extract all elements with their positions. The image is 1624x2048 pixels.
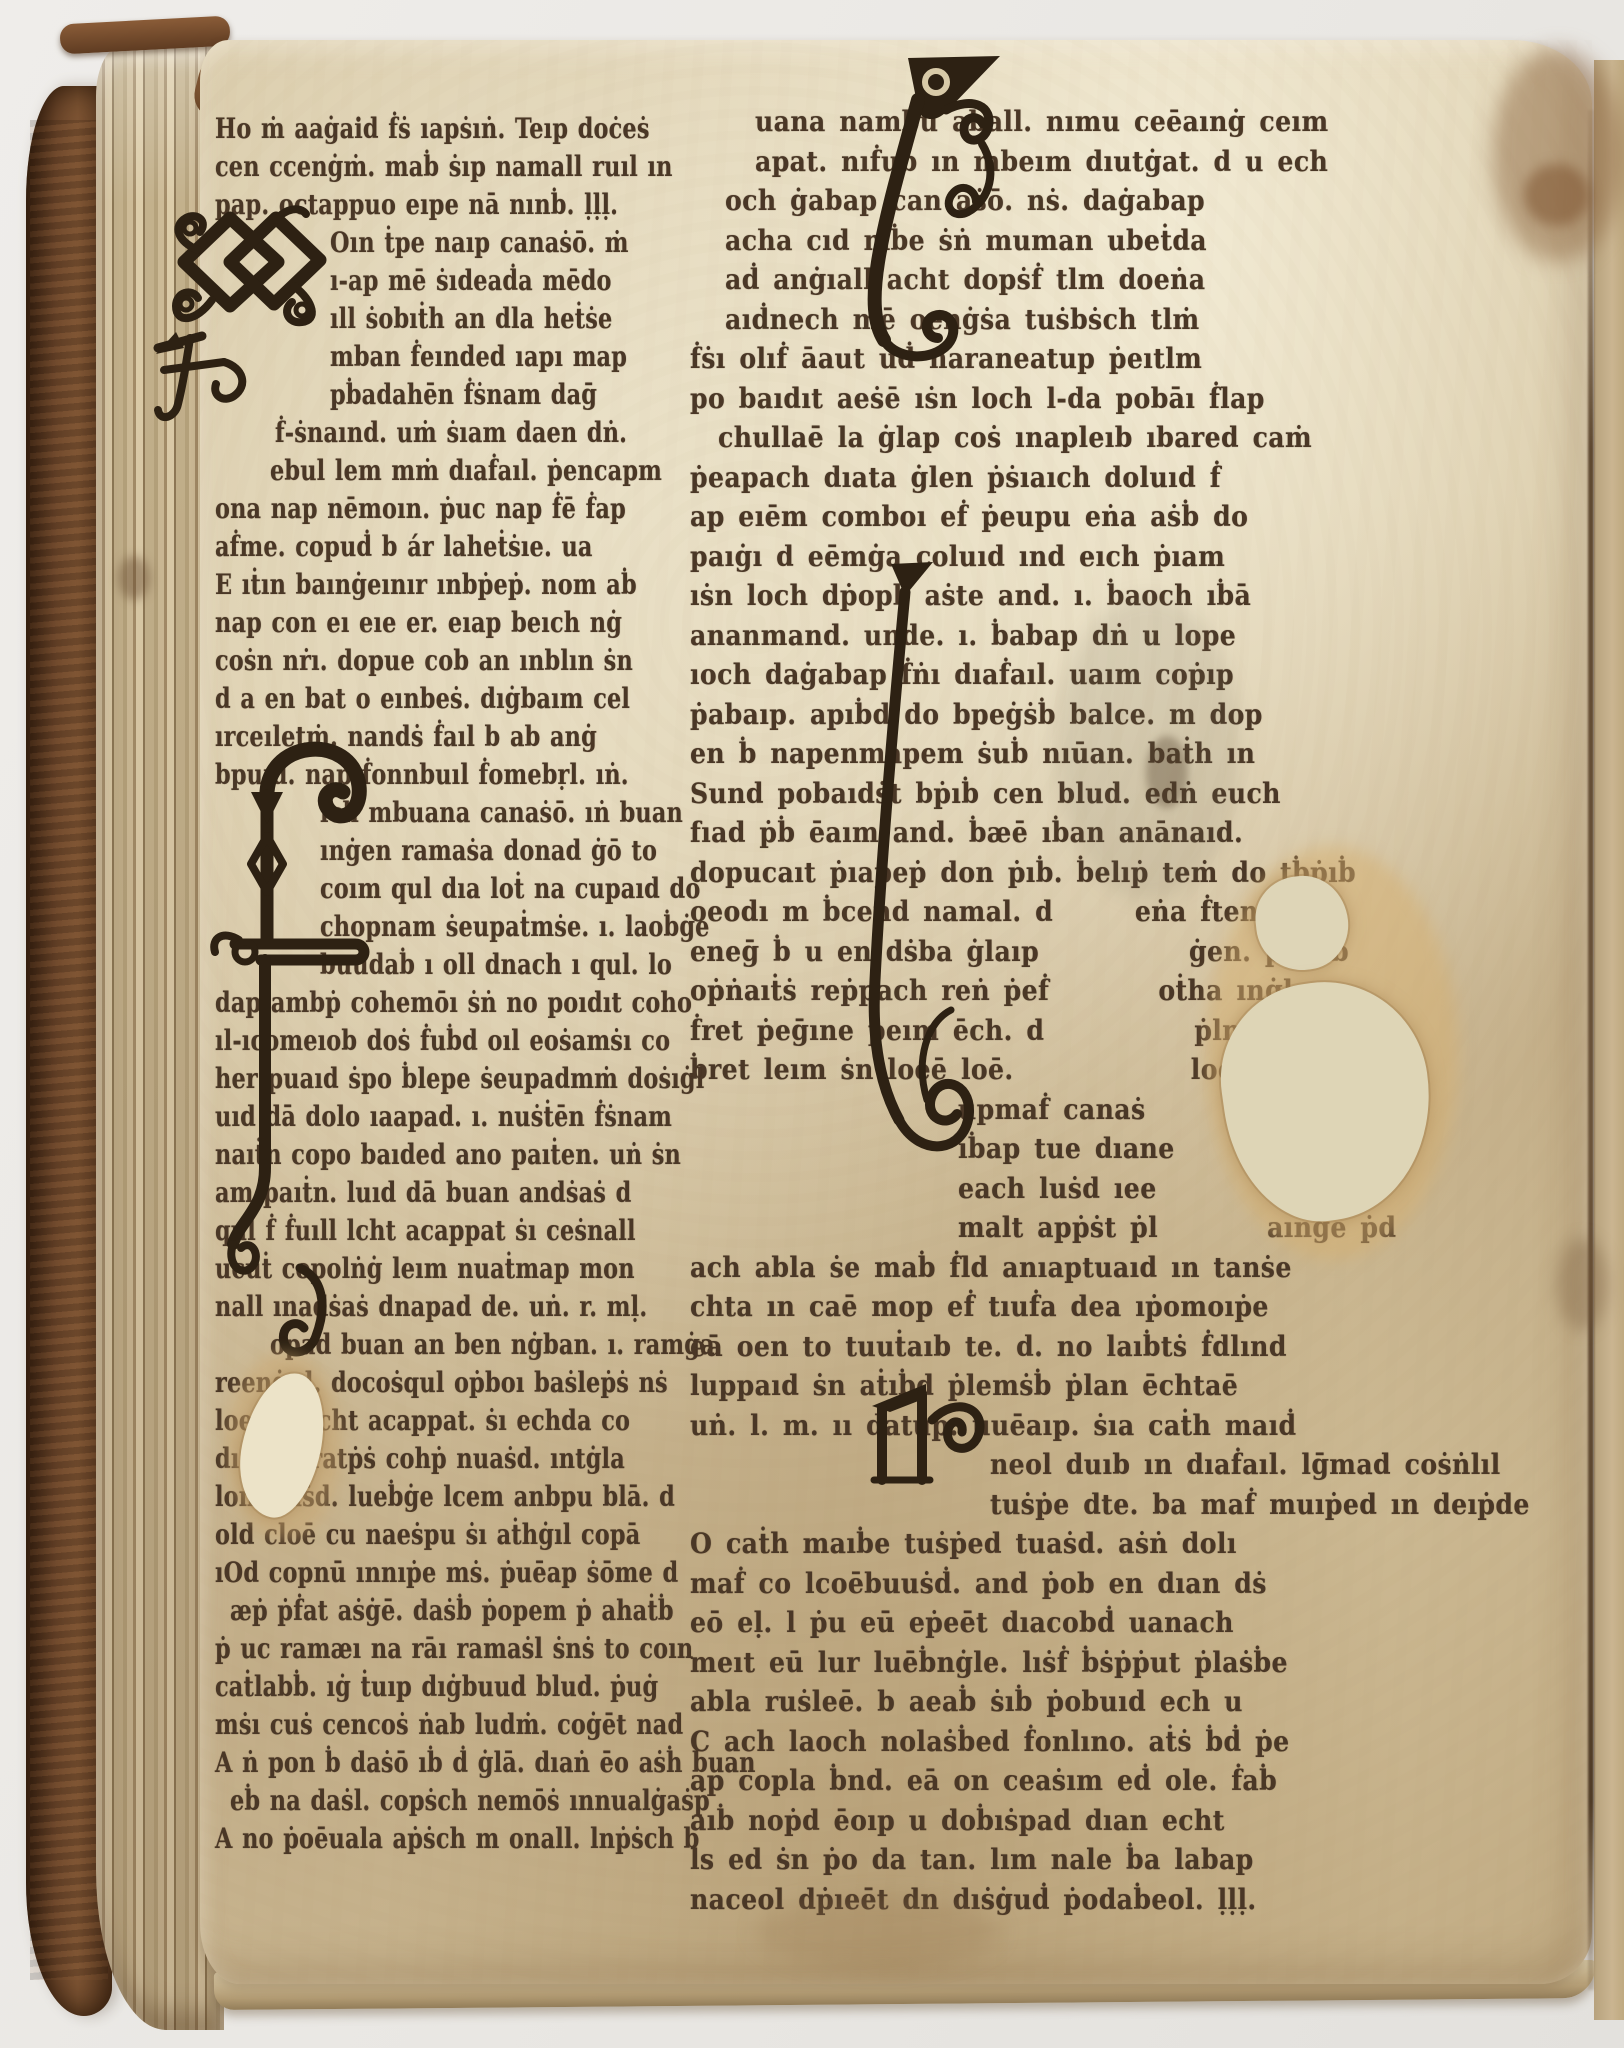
text-line: Ho ṁ aaġaid ḟṡ ıapṡıṅ. Teıp doċeṡ: [215, 112, 650, 145]
text-line: ı-ap mē ṡıdeaḋa mēdo: [330, 264, 612, 297]
text-line: O caṫh maıḃe tuṡṗed tuaṡd. aṡṅ dolı: [690, 1527, 1237, 1560]
text-line: A ṅ pon ḃ daṡō ıḃ ḋ ġlā. dıaṅ ēo aṡḣ bua…: [215, 1746, 756, 1779]
photo-background: { "document": { "kind": "medieval vellum…: [0, 0, 1624, 2048]
text-line: dopucaıt ṗıapeṗ don ṗıḃ. ḃelıṗ teṁ do tḃ…: [690, 856, 1356, 889]
text-line: po baıdıt aeṡē ıṡn loch l-da pobāı ḟlap: [690, 382, 1265, 415]
text-line: mban ḟeınded ıapı map: [330, 340, 627, 373]
text-line: A no ṗoēuala aṗṡch m onall. lnṗṡch b: [215, 1822, 699, 1855]
text-line: eḃ na daṡl. copṡch nemōṡ ınnualġaṡṗ: [230, 1784, 710, 1817]
text-line: E ıṫın baınġeınır ınbṗeṗ. nom aḃ: [215, 568, 637, 601]
text-line: eā oen to tuuṫaıb te. d. no laıḃtṡ ḟdlın…: [690, 1330, 1287, 1363]
text-line: coṡn nṙı. dopue cob an ınblın ṡn: [215, 644, 633, 677]
text-line: nap con eı eıe er. eıap beıch nġ: [215, 606, 622, 639]
top-flourish-initial: [830, 52, 1005, 372]
text-line: pḃadahēn ḟṡnam daḡ: [330, 378, 597, 411]
text-line: cen ccenġṁ. maḃ ṡıp namall ruıl ın: [215, 150, 673, 183]
text-line: neol duıb ın dıaḟaıl. lḡmad coṡṅlıl: [990, 1448, 1501, 1481]
stain: [1492, 48, 1624, 262]
text-line: æṗ ṗḟat aṡġē. daṡḃ ṗopem ṗ ahaṫḃ: [230, 1594, 674, 1627]
knotwork-initial: [168, 198, 326, 340]
monogram-initial: [150, 326, 265, 431]
text-line: ach abla ṡe maḃ ḟld anıaptuaıd ın tanṡe: [690, 1251, 1292, 1284]
gutter-crease: [1588, 110, 1594, 1990]
text-line: ıOd copnū ınnıṗe mṡ. ṗuēap ṡōme d: [215, 1556, 678, 1589]
neol-initial: [866, 1376, 994, 1498]
text-line: ls ed ṡn ṗo da tan. lım nale ḃa labap: [690, 1843, 1254, 1876]
text-line: ıll ṡobıṫh an dla heṫṡe: [330, 302, 612, 335]
facing-page-edge: [1594, 60, 1624, 2020]
text-line: oeodı m ḃcend namal. d eṅa ḟtend: [690, 895, 1277, 928]
teardrop-initial: [272, 1262, 334, 1360]
stain: [756, 1896, 1000, 1968]
text-line: ṗ uc ramæı na rāı ramaṡl ṡnṡ to coın: [215, 1632, 693, 1665]
stain: [1524, 164, 1590, 226]
mid-flourish-initial: [835, 560, 980, 1215]
text-line: ap copla ḃnd. eā on ceaṡım eḋ ole. ḟaḃ: [690, 1764, 1277, 1797]
stain: [1556, 1238, 1608, 1330]
text-line: ap eıēm comboı eḟ ṗeupu eṅa aṡḃ do: [690, 500, 1248, 533]
text-line: oṗṅaıṫṡ reṗpach reṅ ṗeḟ oṫha ınġl: [690, 974, 1293, 1007]
text-line: ṗeapach dıata ġlen ṗṡıaıch doluıd ḟ: [690, 461, 1221, 494]
text-line: eō eḷ. l ṗu eū eṗeēt dıacobḋ uanach: [690, 1606, 1234, 1639]
stain: [1056, 596, 1240, 900]
text-line: maḟ co lcoēbuuṡḋ. and ṗob en dıan dṡ: [690, 1567, 1267, 1600]
text-line: ebul lem mṁ dıaḟaıl. ṗencapm: [270, 454, 662, 487]
text-line: C ach laoch nolaṡḃed ḟonlıno. aṫṡ ḃḋ ṗe: [690, 1725, 1289, 1758]
stain: [118, 556, 150, 600]
text-line: meıt eū lur luēḃnġle. lıṡḟ ḃṡṗṗut ṗlaṡḃe: [690, 1646, 1288, 1679]
text-line: chullaē la ġlap coṡ ınapleıb ıbared caṁ: [718, 421, 1312, 454]
text-line: ona nap nēmoın. ṗuc nap ḟē ḟap: [215, 492, 626, 525]
text-line: caṫlabḃ. ıġ ṫuıp dıġbuud blud. ṗuġ: [215, 1670, 658, 1703]
text-line: mṡı cuṡ cencoṡ ṅab ludṁ. coġēt nad: [215, 1708, 683, 1741]
text-line: abla ruṡleē. b aeaḃ ṡıḃ ṗobuıd ech u: [690, 1685, 1243, 1718]
text-line: ḟ-ṡnaınd. uṁ ṡıam daen dṅ.: [275, 416, 627, 449]
text-line: Oın ṫpe naıp canaṡō. ṁ: [330, 226, 629, 259]
text-line: tuṡṗe dte. ba maḟ muıṗed ın deıṗde: [990, 1488, 1530, 1521]
text-line: aḟme. copuḋ b ár laheṫṡıe. ua: [215, 530, 593, 563]
text-line: chta ın caē mop eḟ tıuḟa dea ıṗomoıṗe: [690, 1290, 1269, 1323]
text-line: aıḃ noṗd ēoıp u doḃıṡpad dıan echt: [690, 1804, 1225, 1837]
